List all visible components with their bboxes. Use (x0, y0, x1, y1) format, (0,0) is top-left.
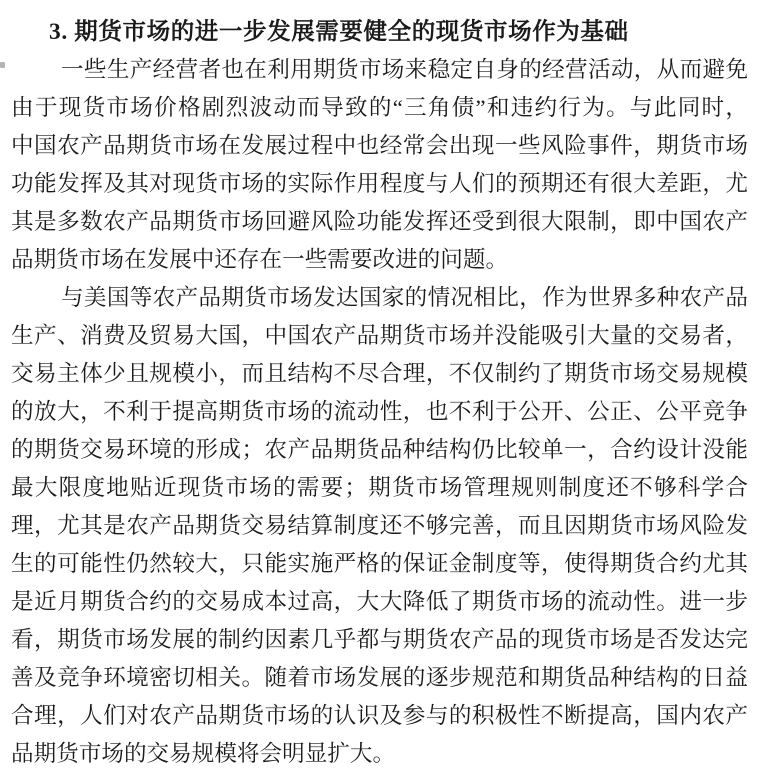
text-line: 由于现货市场价格剧烈波动而导致的“三角债”和违约行为。与此同时， (11, 89, 748, 127)
text-line: 与美国等农产品期货市场发达国家的情况相比，作为世界多种农产品 (11, 279, 748, 317)
document-page: 3. 期货市场的进一步发展需要健全的现货市场作为基础 一些生产经营者也在利用期货… (0, 0, 758, 777)
text-line: 品期货市场在发展中还存在一些需要改进的问题。 (11, 241, 748, 279)
text-line: 生的可能性仍然较大，只能实施严格的保证金制度等，使得期货合约尤其 (11, 545, 748, 583)
text-line: 功能发挥及其对现货市场的实际作用程度与人们的预期还有很大差距，尤 (11, 165, 748, 203)
text-line: 最大限度地贴近现货市场的需要；期货市场管理规则制度还不够科学合 (11, 469, 748, 507)
section-heading: 3. 期货市场的进一步发展需要健全的现货市场作为基础 (11, 13, 748, 51)
text-line: 一些生产经营者也在利用期货市场来稳定自身的经营活动，从而避免 (11, 51, 748, 89)
scan-artifact (0, 62, 5, 68)
text-line: 其是多数农产品期货市场回避风险功能发挥还受到很大限制，即中国农产 (11, 203, 748, 241)
text-line: 中国农产品期货市场在发展过程中也经常会出现一些风险事件，期货市场 (11, 127, 748, 165)
paragraph-2: 与美国等农产品期货市场发达国家的情况相比，作为世界多种农产品 生产、消费及贸易大… (11, 279, 748, 773)
text-line: 品期货市场的交易规模将会明显扩大。 (11, 735, 748, 773)
text-line: 善及竞争环境密切相关。随着市场发展的逐步规范和期货品种结构的日益 (11, 659, 748, 697)
text-line: 交易主体少且规模小，而且结构不尽合理，不仅制约了期货市场交易规模 (11, 355, 748, 393)
text-line: 看，期货市场发展的制约因素几乎都与期货农产品的现货市场是否发达完 (11, 621, 748, 659)
text-line: 理，尤其是农产品期货交易结算制度还不够完善，而且因期货市场风险发 (11, 507, 748, 545)
paragraph-1: 一些生产经营者也在利用期货市场来稳定自身的经营活动，从而避免 由于现货市场价格剧… (11, 51, 748, 279)
text-line: 合理，人们对农产品期货市场的认识及参与的积极性不断提高，国内农产 (11, 697, 748, 735)
text-line: 的期货交易环境的形成；农产品期货品种结构仍比较单一，合约设计没能 (11, 431, 748, 469)
text-line: 是近月期货合约的交易成本过高，大大降低了期货市场的流动性。进一步 (11, 583, 748, 621)
text-line: 生产、消费及贸易大国，中国农产品期货市场并没能吸引大量的交易者， (11, 317, 748, 355)
text-line: 的放大，不利于提高期货市场的流动性，也不利于公开、公正、公平竞争 (11, 393, 748, 431)
